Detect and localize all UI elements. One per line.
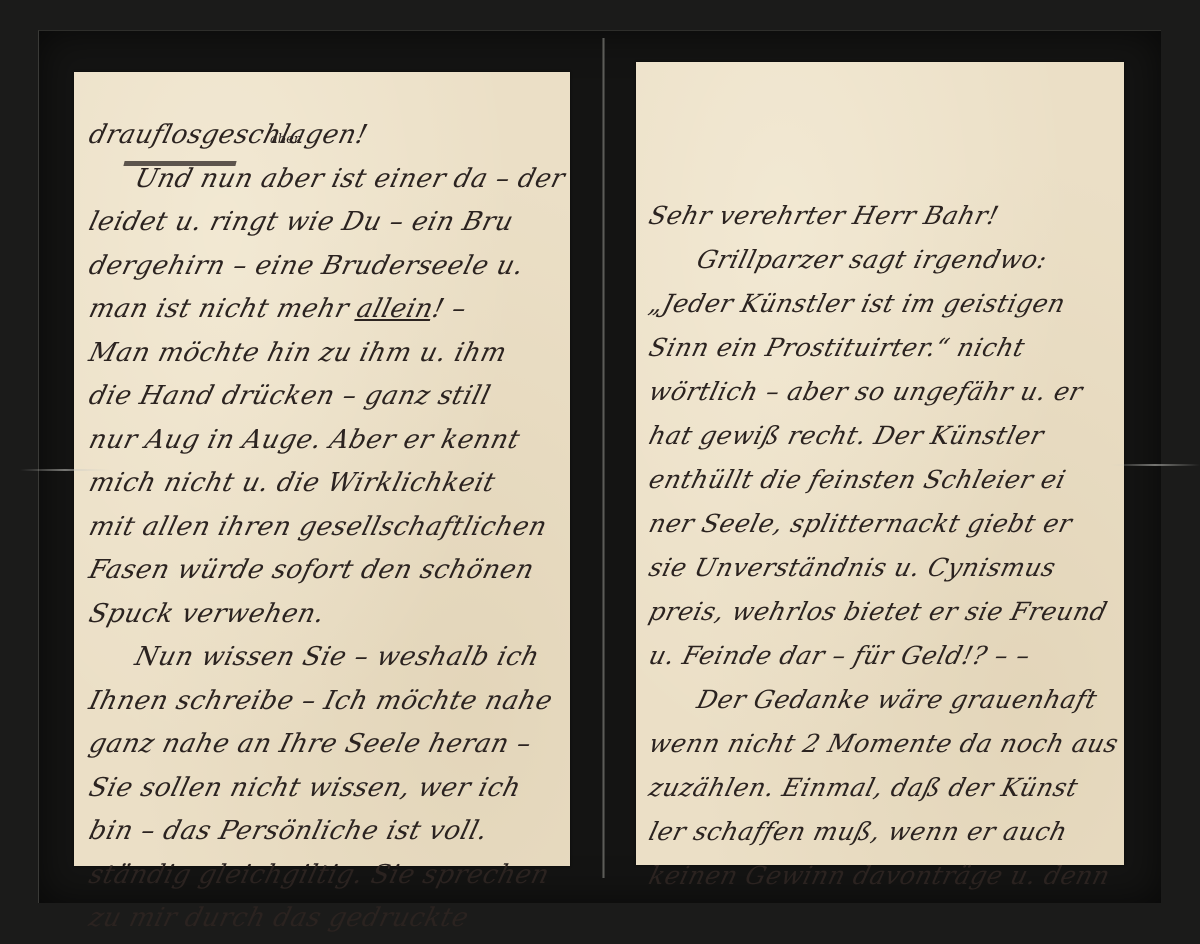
- text-line: wörtlich – aber so ungefähr u. er: [636, 370, 1135, 414]
- text-line: leidet u. ringt wie Du – ein Bru: [74, 201, 581, 245]
- text-line: Nun wissen Sie – weshalb ich: [74, 636, 581, 680]
- text-line: u. Feinde dar – für Geld!? – –: [636, 634, 1135, 678]
- text-line: Ihnen schreibe – Ich möchte nahe: [74, 680, 581, 724]
- text-line: Der Gedanke wäre grauenhaft: [636, 678, 1135, 722]
- text-line: zuzählen. Einmal, daß der Künst: [636, 766, 1135, 810]
- text-line: sie Unverständnis u. Cynismus: [636, 546, 1135, 590]
- text-line: ständig gleichgiltig. Sie sprechen: [74, 854, 581, 898]
- text-line: bin – das Persönliche ist voll.: [74, 810, 581, 854]
- letter-page-left: aber drauflosgeschlagen! Und nun aber is…: [74, 72, 570, 866]
- right-page-text: Sehr verehrter Herr Bahr! Grillparzer sa…: [636, 194, 1124, 898]
- text-line: die Hand drücken – ganz still: [74, 375, 581, 419]
- text-line: ganz nahe an Ihre Seele heran –: [74, 723, 581, 767]
- text-line: Grillparzer sagt irgendwo:: [636, 238, 1135, 282]
- text-line: nur Aug in Auge. Aber er kennt: [74, 419, 581, 463]
- text-line: drauflosgeschlagen!: [74, 114, 581, 158]
- fold-crease-right: [1110, 464, 1200, 466]
- text-line: mich nicht u. die Wirklichkeit: [74, 462, 581, 506]
- text-line: mit allen ihren gesellschaftlichen: [74, 506, 581, 550]
- text-line: hat gewiß recht. Der Künstler: [636, 414, 1135, 458]
- text-line: ler schaffen muß, wenn er auch: [636, 810, 1135, 854]
- text-line: Fasen würde sofort den schönen: [74, 549, 581, 593]
- left-page-text: drauflosgeschlagen! Und nun aber ist ein…: [74, 114, 570, 941]
- text-line: Spuck verwehen.: [74, 593, 581, 637]
- underlined-word: allein: [353, 294, 436, 324]
- fold-crease-left: [20, 469, 110, 471]
- text-line: Und nun aber ist einer da – der: [74, 158, 581, 202]
- text-line: „Jeder Künstler ist im geistigen: [636, 282, 1135, 326]
- text-line: Man möchte hin zu ihm u. ihm: [74, 332, 581, 376]
- text-line: Sie sollen nicht wissen, wer ich: [74, 767, 581, 811]
- text-line: ner Seele, splitternackt giebt er: [636, 502, 1135, 546]
- text-line: dergehirn – eine Bruderseele u.: [74, 245, 581, 289]
- text-line: keinen Gewinn davonträge u. denn: [636, 854, 1135, 898]
- text-line: wenn nicht 2 Momente da noch aus: [636, 722, 1135, 766]
- center-fold-line: [602, 38, 605, 878]
- text-line: Sinn ein Prostituirter.“ nicht: [636, 326, 1135, 370]
- text-line: zu mir durch das gedruckte: [74, 897, 581, 941]
- text-line: man ist nicht mehr allein! –: [74, 288, 581, 332]
- text-line: preis, wehrlos bietet er sie Freund: [636, 590, 1135, 634]
- letter-page-right: Sehr verehrter Herr Bahr! Grillparzer sa…: [636, 62, 1124, 865]
- salutation: Sehr verehrter Herr Bahr!: [636, 194, 1135, 238]
- text-line: enthüllt die feinsten Schleier ei: [636, 458, 1135, 502]
